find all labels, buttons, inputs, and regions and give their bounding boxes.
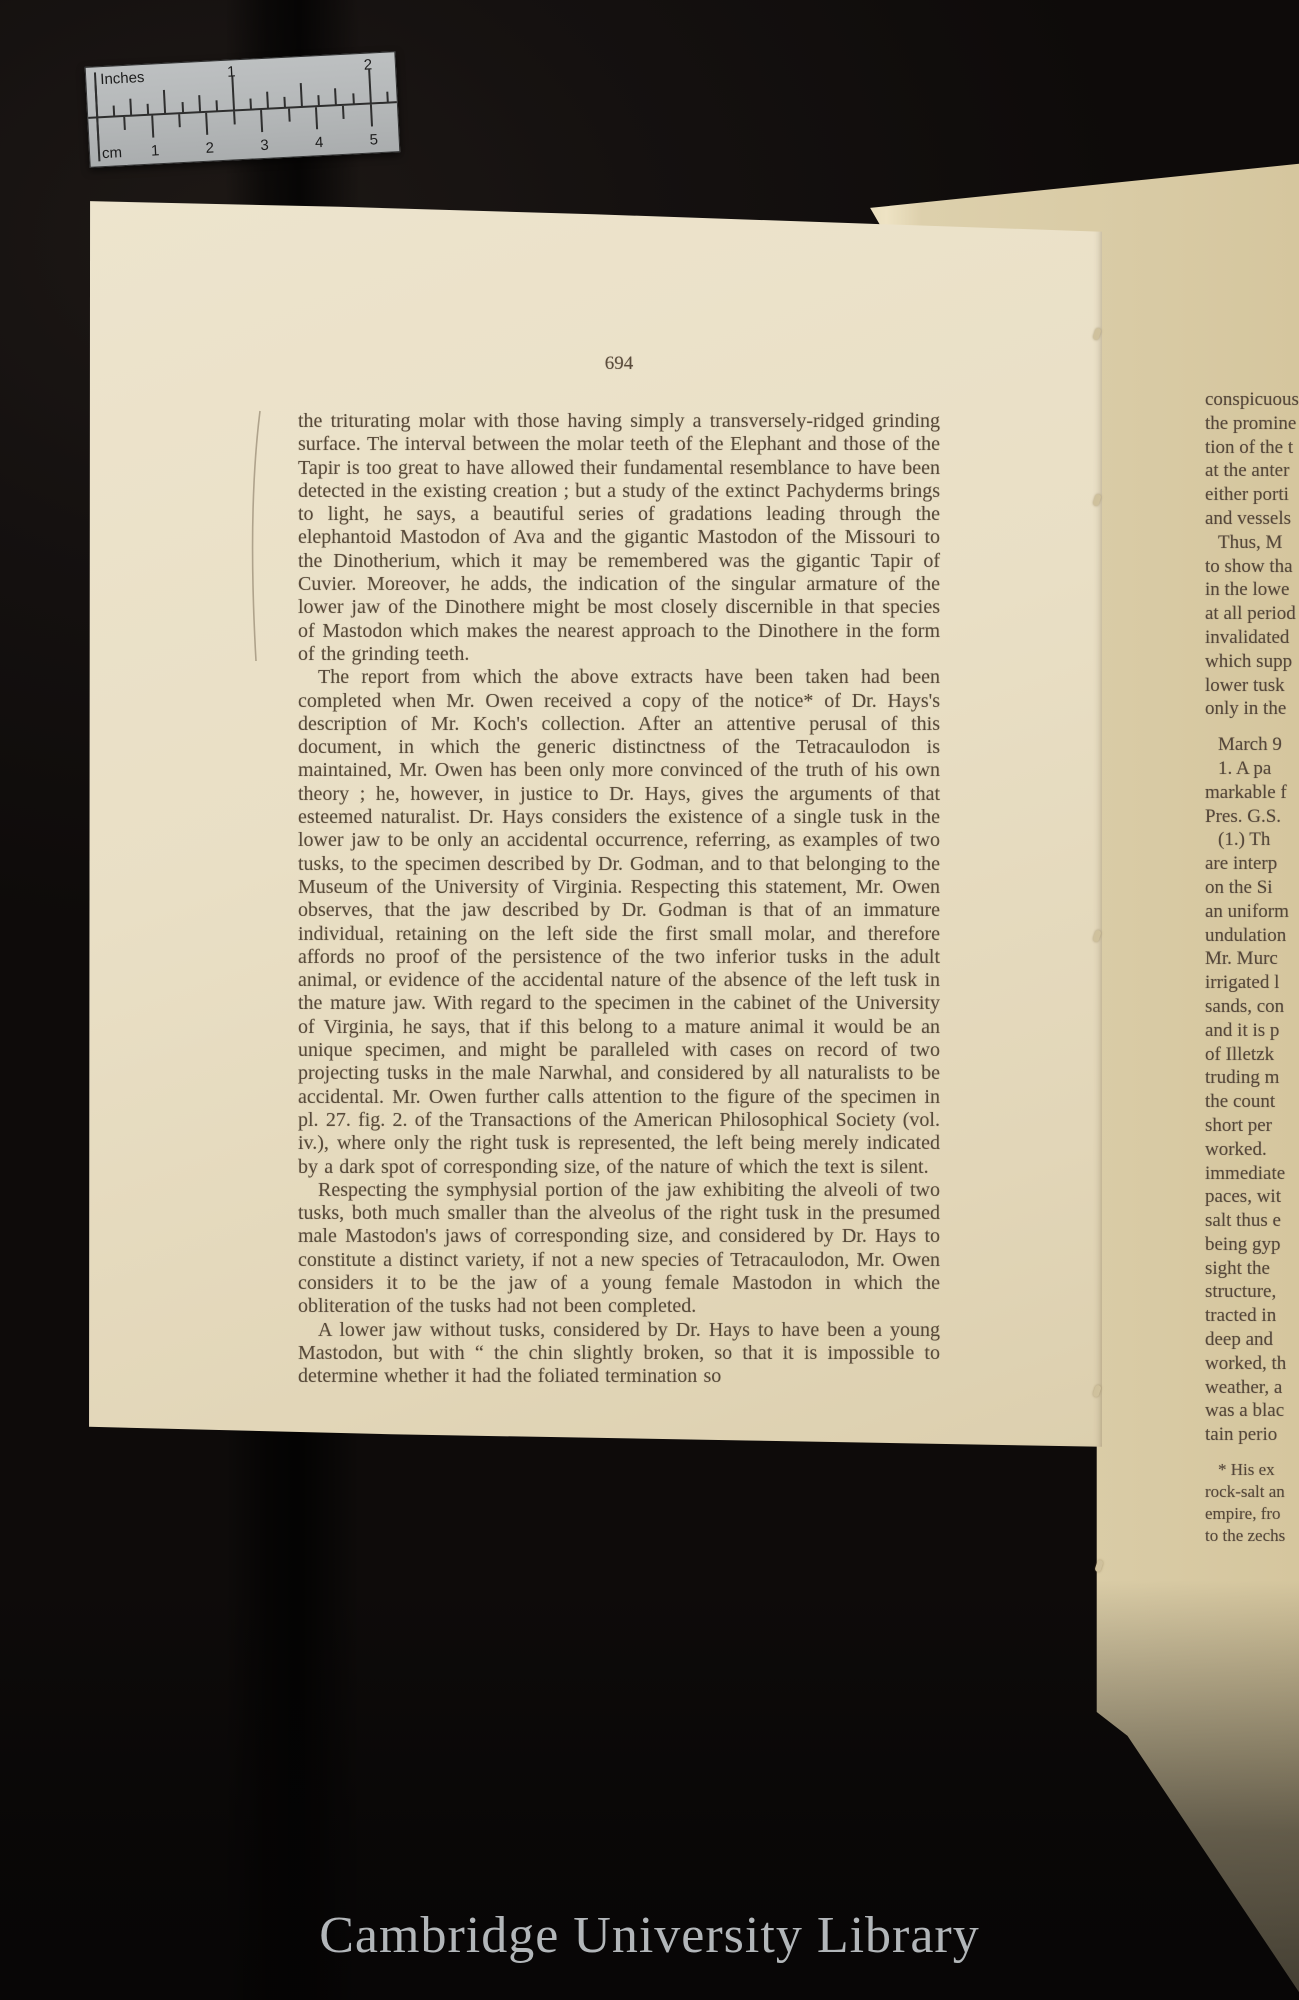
right-page-text-column: conspicuousthe prominetion of the tat th… [1205, 388, 1299, 1547]
right-page-line-fragment: in the lowe [1205, 578, 1299, 602]
right-page-line-fragment: Thus, M [1205, 531, 1299, 555]
ruler-tick [94, 83, 98, 117]
ruler-tick [178, 114, 181, 127]
paragraph: Respecting the symphysial portion of the… [298, 1179, 940, 1319]
right-page-line-fragment: sands, con [1205, 995, 1299, 1019]
ruler-cm-number: 1 [151, 142, 160, 159]
ruler-tick [342, 106, 345, 119]
ruler-tick [300, 83, 303, 107]
right-page-line-fragment: undulation [1205, 924, 1299, 948]
ruler-cm-number: 4 [315, 134, 324, 151]
right-page-line-fragment: short per [1205, 1114, 1299, 1138]
photographed-book-scene: conspicuousthe prominetion of the tat th… [0, 0, 1299, 2000]
ruler-inch-number: 2 [363, 56, 372, 73]
ruler-tick [151, 116, 154, 138]
right-page-line-fragment: being gyp [1205, 1233, 1299, 1257]
right-page-line-fragment: markable f [1205, 781, 1299, 805]
right-page-line-fragment: are interp [1205, 852, 1299, 876]
right-page-line-fragment: Pres. G.S. [1205, 805, 1299, 829]
ruler-tick [266, 92, 269, 109]
right-page-line-fragment: the promine [1205, 412, 1299, 436]
right-page-line-fragment: invalidated [1205, 626, 1299, 650]
right-page-line-fragment: tain perio [1205, 1423, 1299, 1447]
ruler-tick [129, 99, 132, 116]
right-page-line-fragment: sight the [1205, 1257, 1299, 1281]
paragraph: The report from which the above extracts… [298, 666, 940, 1179]
right-page-line-fragment: Mr. Murc [1205, 947, 1299, 971]
right-page-line-fragment: weather, a [1205, 1376, 1299, 1400]
ruler-tick [318, 95, 321, 106]
right-page-line-fragment: at all period [1205, 602, 1299, 626]
right-page-line-fragment: tion of the t [1205, 436, 1299, 460]
ruler-tick [249, 99, 252, 110]
right-page-line-fragment: structure, [1205, 1280, 1299, 1304]
right-page-line-fragment: the count [1205, 1090, 1299, 1114]
right-page-line-fragment: lower tusk [1205, 674, 1299, 698]
right-page-line-fragment: an uniform [1205, 900, 1299, 924]
library-watermark: Cambridge University Library [0, 1906, 1299, 1965]
ruler-cm-number: 3 [260, 137, 269, 154]
right-page-line-fragment: to the zechs [1205, 1525, 1299, 1547]
ruler-tick [113, 105, 116, 116]
ruler-tick [315, 107, 318, 129]
ruler-tick [96, 118, 99, 140]
right-page-line-fragment: * His ex [1205, 1459, 1299, 1481]
ruler-tick [215, 100, 218, 111]
ruler-tick [288, 109, 291, 122]
ruler-tick [163, 90, 166, 114]
footnote: * Proceedings, American Phil. Soc. Octob… [298, 1510, 940, 1531]
right-page-line-fragment: worked. [1205, 1138, 1299, 1162]
ruler-tick [206, 113, 209, 135]
right-page-line-fragment: rock-salt an [1205, 1481, 1299, 1503]
ruler-cm-number: 5 [369, 131, 378, 148]
right-page-line-fragment: immediate [1205, 1162, 1299, 1186]
ruler-tick [370, 104, 373, 126]
right-page-line-fragment: to show tha [1205, 555, 1299, 579]
left-page-text-block: the triturating molar with those having … [298, 410, 940, 1388]
ruler-tick [147, 104, 150, 115]
paragraph: A lower jaw without tusks, considered by… [298, 1319, 940, 1389]
ruler-inches-label: Inches [100, 69, 145, 88]
ruler-tick [233, 111, 236, 124]
right-page-line-fragment: either porti [1205, 483, 1299, 507]
right-page-line-fragment: on the Si [1205, 876, 1299, 900]
ruler-tick [334, 88, 337, 105]
ruler-inch-number: 1 [227, 63, 236, 80]
right-page-line-fragment: salt thus e [1205, 1209, 1299, 1233]
ruler-tick [352, 93, 355, 104]
right-page-line-fragment: and it is p [1205, 1019, 1299, 1043]
right-page-line-fragment: which supp [1205, 650, 1299, 674]
right-page-line-fragment: only in the [1205, 697, 1299, 721]
right-page-line-fragment: was a blac [1205, 1399, 1299, 1423]
ruler-tick [181, 102, 184, 113]
right-page-line-fragment: at the anter [1205, 459, 1299, 483]
right-page-line-fragment: empire, fro [1205, 1503, 1299, 1525]
ruler-tick [198, 95, 201, 112]
right-page-line-fragment: of Illetzk [1205, 1043, 1299, 1067]
right-page-line-fragment: irrigated l [1205, 971, 1299, 995]
ruler-tick [368, 70, 372, 104]
right-page-line-fragment: 1. A pa [1205, 757, 1299, 781]
ruler-tick [386, 92, 389, 103]
right-page-line-fragment: March 9 [1205, 733, 1299, 757]
right-page-line-fragment: worked, th [1205, 1352, 1299, 1376]
right-page-line-fragment: and vessels [1205, 507, 1299, 531]
paragraph: the triturating molar with those having … [298, 410, 940, 666]
ruler-cm-label: cm [102, 144, 123, 162]
right-page-line-fragment: deep and [1205, 1328, 1299, 1352]
right-page-line-fragment: tracted in [1205, 1304, 1299, 1328]
margin-pencil-mark [246, 405, 270, 667]
right-page-line-fragment: truding m [1205, 1066, 1299, 1090]
measuring-ruler: Inches 12 cm 12345 [85, 51, 401, 168]
right-page-line-fragment: (1.) Th [1205, 828, 1299, 852]
page-number: 694 [298, 353, 940, 375]
ruler-tick [231, 76, 235, 110]
right-page-line-fragment: paces, wit [1205, 1185, 1299, 1209]
ruler-tick [260, 110, 263, 132]
ruler-tick [124, 117, 127, 130]
ruler-tick [284, 97, 287, 108]
right-page-line-fragment: conspicuous [1205, 388, 1299, 412]
ruler-cm-number: 2 [205, 140, 214, 157]
left-page: 694 the triturating molar with those hav… [86, 198, 1102, 1448]
